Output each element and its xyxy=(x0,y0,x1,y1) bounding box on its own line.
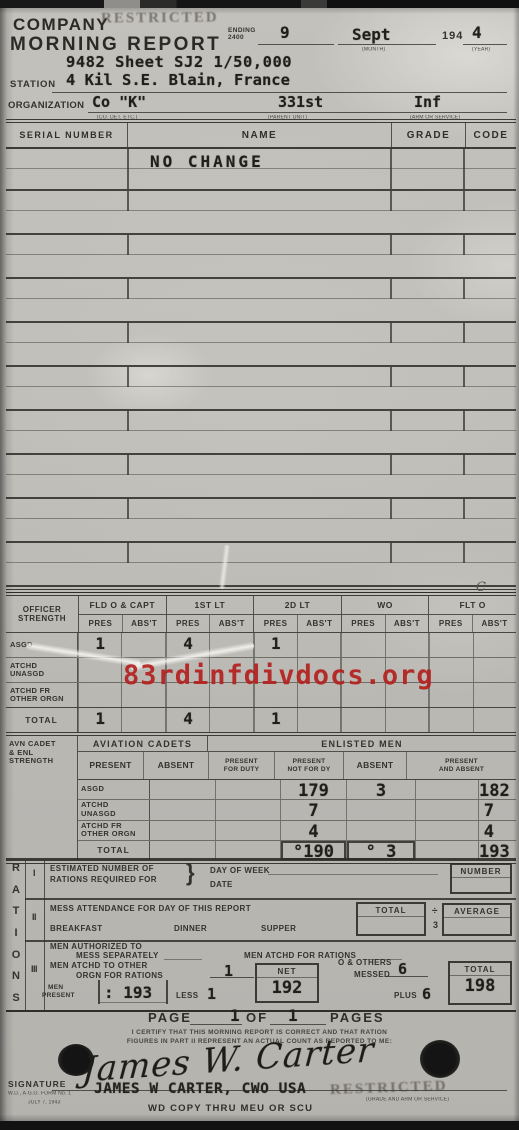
enlisted-column-header: PRESENT FOR DUTY xyxy=(209,752,275,779)
enlisted-value-cell xyxy=(150,800,216,819)
officer-value: 1 xyxy=(255,634,297,653)
organization-company-value: Co "K" xyxy=(92,93,146,111)
enlisted-value-cell: 3 xyxy=(347,780,416,799)
officer-sub-row: PRESABS'T xyxy=(429,615,516,632)
divide-sign: ÷ xyxy=(432,906,438,917)
column-header-grade: GRADE xyxy=(392,123,466,147)
page-underline xyxy=(190,1024,242,1025)
officer-sub-row: PRESABS'T xyxy=(254,615,341,632)
column-divider xyxy=(463,279,465,299)
others-messed-underline xyxy=(386,976,428,977)
cell-divider xyxy=(166,980,168,1004)
enlisted-value: 179 xyxy=(281,781,346,801)
officer-sub-label: PRES xyxy=(342,615,386,632)
enlisted-column-header: PRESENT xyxy=(78,752,144,779)
column-divider xyxy=(127,367,129,387)
enlisted-men-group-header: ENLISTED MEN xyxy=(208,736,516,751)
enlisted-stub-label: AVN CADET & ENL STRENGTH xyxy=(6,736,78,860)
organization-label: ORGANIZATION xyxy=(8,100,84,111)
officer-sub-label: PRES xyxy=(79,615,123,632)
officer-value: 4 xyxy=(167,709,209,728)
officer-value: 1 xyxy=(79,709,121,728)
enlisted-row-label: ATCHD UNASGD xyxy=(78,800,150,819)
officer-value-cell xyxy=(474,633,516,657)
signature-label: SIGNATURE xyxy=(8,1079,66,1089)
officer-value-cell xyxy=(122,633,165,657)
plus-label: PLUS xyxy=(394,991,417,1000)
rations-total-box-label: TOTAL xyxy=(450,963,510,976)
officer-column-group: FLD O & CAPTPRESABS'T xyxy=(79,596,167,632)
net-value: 192 xyxy=(257,978,317,998)
station-value: 4 Kil S.E. Blain, France xyxy=(66,71,290,89)
number-box-label: NUMBER xyxy=(452,865,510,878)
less-value: 1 xyxy=(207,985,216,1003)
rations-section: RATIONS I II III ESTIMATED NUMBER OF RAT… xyxy=(6,858,516,1012)
enlisted-value: 3 xyxy=(347,781,415,801)
day-underline xyxy=(258,44,334,45)
officer-header-row: OFFICER STRENGTH FLD O & CAPTPRESABS'T1S… xyxy=(6,596,516,632)
roster-blank-row xyxy=(6,279,516,323)
officer-value-cell xyxy=(298,708,341,732)
column-divider xyxy=(127,149,129,189)
supper-label: SUPPER xyxy=(261,924,296,933)
of-label: OF xyxy=(246,1010,268,1025)
ending-time: 2400 xyxy=(228,34,244,41)
net-box: NET 192 xyxy=(255,963,319,1003)
enlisted-row-label: ATCHD FR OTHER ORGN xyxy=(78,821,150,840)
column-divider xyxy=(463,191,465,211)
officer-value-cell xyxy=(298,633,341,657)
roster-blank-row xyxy=(6,191,516,235)
enlisted-value: 7 xyxy=(281,801,346,821)
officer-sub-row: PRESABS'T xyxy=(79,615,166,632)
column-divider xyxy=(390,455,392,475)
enlisted-value-cell xyxy=(347,800,416,819)
enlisted-value-cell: 179 xyxy=(281,780,347,799)
officer-value-cell xyxy=(429,633,473,657)
brace-glyph: } xyxy=(186,859,195,888)
organization-parent-unit-value: 331st xyxy=(278,93,323,111)
part-numeral-1: I xyxy=(25,868,43,878)
enlisted-value-cell xyxy=(216,800,281,819)
enlisted-row: ATCHD UNASGD77 xyxy=(78,799,516,819)
average-box-label: AVERAGE xyxy=(444,905,510,918)
enlisted-value-cell xyxy=(416,780,479,799)
typed-signature-name: JAMES W CARTER, CWO USA xyxy=(94,1081,306,1097)
rations-total-value: 198 xyxy=(450,976,510,996)
column-divider xyxy=(127,411,129,431)
enlisted-column-header: PRESENT AND ABSENT xyxy=(407,752,516,779)
men-authorized-label: MEN AUTHORIZED TO xyxy=(50,942,142,951)
officer-value: 1 xyxy=(255,709,297,728)
enlisted-sub-headers: PRESENTABSENTPRESENT FOR DUTYPRESENT NOT… xyxy=(78,752,516,780)
officer-group-label: WO xyxy=(342,596,429,615)
officer-value-cell xyxy=(429,658,473,682)
officer-value-cell: 4 xyxy=(166,708,210,732)
report-year-digit: 4 xyxy=(472,23,482,42)
roster-blank-rows xyxy=(6,191,516,587)
officer-group-label: 2D LT xyxy=(254,596,341,615)
enlisted-row-label: ASGD xyxy=(78,780,150,799)
certify-statement-line1: I CERTIFY THAT THIS MORNING REPORT IS CO… xyxy=(0,1029,519,1036)
others-messed-label-line1: O & OTHERS xyxy=(338,958,392,967)
officer-row-label: ATCHD FR OTHER ORGN xyxy=(6,683,78,707)
organization-underline xyxy=(88,112,507,113)
aviation-cadets-group-header: AVIATION CADETS xyxy=(78,736,208,751)
pages-label: PAGES xyxy=(330,1010,385,1025)
rations-letter: N xyxy=(12,970,20,982)
rations-letter: O xyxy=(12,949,21,961)
column-divider xyxy=(463,455,465,475)
atchd-other-label-line2: ORGN FOR RATIONS xyxy=(76,971,163,980)
officer-column-group: 1ST LTPRESABS'T xyxy=(167,596,255,632)
officer-strength-stub-label: OFFICER STRENGTH xyxy=(6,596,79,632)
enlisted-value: 182 xyxy=(479,781,516,801)
officer-sub-row: PRESABS'T xyxy=(342,615,429,632)
mess-total-box-label: TOTAL xyxy=(358,904,424,917)
year-underline xyxy=(463,44,507,45)
officer-sub-label: ABS'T xyxy=(298,615,341,632)
officer-sub-label: PRES xyxy=(429,615,473,632)
part-divider xyxy=(25,898,516,900)
company-label: COMPANY xyxy=(13,15,109,35)
part-numeral-3: III xyxy=(25,964,43,974)
enlisted-value-cell: 182 xyxy=(479,780,516,799)
officer-sub-label: ABS'T xyxy=(473,615,516,632)
officer-row-label: TOTAL xyxy=(6,708,78,732)
photo-edge-bottom xyxy=(0,1121,519,1130)
officer-value-cell: 1 xyxy=(254,633,298,657)
net-box-label: NET xyxy=(257,965,317,978)
enlisted-row: ASGD1793182 xyxy=(78,780,516,799)
roster-blank-row xyxy=(6,367,516,411)
enlisted-value-cell xyxy=(347,821,416,840)
roster-entry-row: NO CHANGE xyxy=(6,149,516,191)
officer-column-groups: FLD O & CAPTPRESABS'T1ST LTPRESABS'T2D L… xyxy=(79,596,516,632)
average-box: AVERAGE xyxy=(442,903,512,936)
part-numeral-2: II xyxy=(25,912,43,922)
column-divider xyxy=(127,543,129,563)
officer-row-label: ATCHD UNASGD xyxy=(6,658,78,682)
officer-value-cell xyxy=(474,658,516,682)
men-present-label-line2: PRESENT xyxy=(42,992,75,999)
officer-column-group: WOPRESABS'T xyxy=(342,596,430,632)
column-divider xyxy=(463,323,465,343)
form-number-line2: JULY 7, 1943 xyxy=(28,1100,60,1105)
officer-value-cell xyxy=(78,683,122,707)
officer-value-cell xyxy=(210,708,253,732)
column-divider xyxy=(127,235,129,255)
enlisted-column-header: ABSENT xyxy=(144,752,209,779)
officer-value-cell xyxy=(429,708,473,732)
report-month-value: Sept xyxy=(352,25,391,44)
column-divider xyxy=(463,149,465,189)
column-divider xyxy=(390,543,392,563)
enlisted-table-body: ASGD1793182ATCHD UNASGD77ATCHD FR OTHER … xyxy=(78,780,516,860)
enlisted-value-cell xyxy=(416,821,479,840)
column-divider xyxy=(390,149,392,189)
less-label: LESS xyxy=(176,991,199,1000)
men-present-underline xyxy=(98,1002,166,1003)
officer-sub-row: PRESABS'T xyxy=(167,615,254,632)
pages-underline xyxy=(270,1024,326,1025)
copy-routing-note: WD COPY THRU MEU OR SCU xyxy=(148,1103,313,1114)
column-divider xyxy=(463,543,465,563)
photo-edge-top xyxy=(0,0,519,8)
enlisted-value-cell xyxy=(416,800,479,819)
roster-header-row: SERIAL NUMBER NAME GRADE CODE xyxy=(6,123,516,149)
officer-value-cell xyxy=(474,708,516,732)
rations-letter: R xyxy=(12,862,20,874)
officer-value-cell: 1 xyxy=(78,708,122,732)
officer-value-cell xyxy=(474,683,516,707)
rations-letter: I xyxy=(14,927,17,939)
officer-value-cell xyxy=(386,708,429,732)
no-change-entry: NO CHANGE xyxy=(150,152,264,171)
year-sublabel: (YEAR) xyxy=(472,47,490,52)
month-sublabel: (MONTH) xyxy=(362,47,385,52)
date-label: DATE xyxy=(210,880,233,889)
column-divider xyxy=(390,279,392,299)
day-of-week-label: DAY OF WEEK xyxy=(210,866,270,875)
page-label: PAGE xyxy=(148,1010,192,1025)
rations-part-numeral-column xyxy=(25,860,45,1010)
officer-value-cell xyxy=(386,633,429,657)
roster-blank-row xyxy=(6,323,516,367)
column-divider xyxy=(463,235,465,255)
rations-total-box: TOTAL 198 xyxy=(448,961,512,1005)
column-header-code: CODE xyxy=(466,123,516,147)
officer-value-cell xyxy=(341,708,385,732)
column-divider xyxy=(390,323,392,343)
mess-separately-label: MESS SEPARATELY xyxy=(76,951,159,960)
enlisted-value: 7 xyxy=(479,801,516,821)
column-divider xyxy=(127,279,129,299)
column-divider xyxy=(390,499,392,519)
men-present-value: : 193 xyxy=(104,983,152,1002)
rations-letter: A xyxy=(12,884,20,896)
enlisted-row: TOTAL°190° 3193 xyxy=(78,840,516,860)
enlisted-value-cell: 4 xyxy=(281,821,347,840)
enlisted-column-header: PRESENT NOT FOR DY xyxy=(275,752,344,779)
officer-group-label: FLD O & CAPT xyxy=(79,596,166,615)
column-divider xyxy=(127,499,129,519)
officer-group-label: 1ST LT xyxy=(167,596,254,615)
roster-blank-row xyxy=(6,235,516,279)
enlisted-value-cell xyxy=(150,821,216,840)
officer-group-label: FLT O xyxy=(429,596,516,615)
rations-letter: S xyxy=(12,992,19,1004)
officer-value-cell xyxy=(122,708,165,732)
officer-column-group: FLT OPRESABS'T xyxy=(429,596,516,632)
grade-arm-service-sublabel: (GRADE AND ARM OR SERVICE) xyxy=(366,1097,449,1102)
enlisted-value-cell: 7 xyxy=(281,800,347,819)
roster-blank-row xyxy=(6,455,516,499)
roster-blank-row xyxy=(6,499,516,543)
report-day-value: 9 xyxy=(280,23,290,42)
rations-letter: T xyxy=(13,905,20,917)
column-divider xyxy=(390,235,392,255)
ink-blot-right xyxy=(420,1040,460,1078)
organization-arm-value: Inf xyxy=(414,93,441,111)
officer-sub-label: PRES xyxy=(254,615,298,632)
enlisted-value-cell: 4 xyxy=(479,821,516,840)
atchd-other-label-line1: MEN ATCHD TO OTHER xyxy=(50,961,148,970)
others-messed-label-line2: MESSED xyxy=(354,970,390,979)
enlisted-value: 4 xyxy=(281,822,346,842)
column-divider xyxy=(390,367,392,387)
enlisted-value-cell xyxy=(216,780,281,799)
officer-value-cell xyxy=(429,683,473,707)
officer-column-group: 2D LTPRESABS'T xyxy=(254,596,342,632)
officer-value-cell xyxy=(341,633,385,657)
column-divider xyxy=(127,191,129,211)
restricted-stamp-bottom: RESTRICTED xyxy=(330,1078,448,1099)
breakfast-label: BREAKFAST xyxy=(50,924,103,933)
page-number: 1 xyxy=(230,1006,240,1025)
morning-report-photo: COMPANY RESTRICTED MORNING REPORT ENDING… xyxy=(0,0,519,1130)
website-watermark: 83rdinfdivdocs.org xyxy=(123,660,403,691)
column-divider xyxy=(463,499,465,519)
men-present-label-line1: MEN xyxy=(48,984,63,991)
estimated-rations-label-line2: RATIONS REQUIRED FOR xyxy=(50,875,157,884)
officer-row: TOTAL141 xyxy=(6,707,516,732)
year-prefix: 194 xyxy=(442,30,463,42)
dinner-label: DINNER xyxy=(174,924,207,933)
column-header-name: NAME xyxy=(128,123,392,147)
roster-blank-row xyxy=(6,543,516,587)
enlisted-value-cell xyxy=(150,780,216,799)
column-header-serial-number: SERIAL NUMBER xyxy=(6,123,128,147)
mess-attendance-title: MESS ATTENDANCE FOR DAY OF THIS REPORT xyxy=(50,904,251,913)
column-divider xyxy=(127,323,129,343)
roster-blank-row xyxy=(6,411,516,455)
enlisted-column-header: ABSENT xyxy=(344,752,407,779)
enlisted-row: ATCHD FR OTHER ORGN44 xyxy=(78,820,516,840)
officer-sub-label: ABS'T xyxy=(386,615,429,632)
column-divider xyxy=(127,455,129,475)
divisor: 3 xyxy=(433,920,438,930)
rations-vertical-label: RATIONS xyxy=(9,862,23,1004)
mess-total-box: TOTAL xyxy=(356,902,426,936)
enlisted-value-cell: 7 xyxy=(479,800,516,819)
enlisted-value: 4 xyxy=(479,822,516,842)
cell-divider xyxy=(98,980,100,1004)
day-of-week-blank xyxy=(268,874,438,875)
map-reference-value: 9482 Sheet SJ2 1/50,000 xyxy=(66,53,292,71)
form-number-line1: W.D., A.G.O. FORM No. 1 xyxy=(8,1091,71,1096)
enlisted-group-headers: AVIATION CADETS ENLISTED MEN xyxy=(78,736,516,752)
officer-value-cell: 1 xyxy=(254,708,298,732)
enlisted-table-main: AVIATION CADETS ENLISTED MEN PRESENTABSE… xyxy=(78,736,516,860)
enlisted-strength-table: AVN CADET & ENL STRENGTH AVIATION CADETS… xyxy=(6,732,516,864)
column-divider xyxy=(390,191,392,211)
enlisted-value-cell xyxy=(216,821,281,840)
roster-table: SERIAL NUMBER NAME GRADE CODE NO CHANGE xyxy=(6,119,516,593)
ending-label: ENDING 2400 xyxy=(228,27,256,41)
pages-total: 1 xyxy=(288,1006,298,1025)
month-underline xyxy=(338,44,436,45)
officer-sub-label: ABS'T xyxy=(123,615,166,632)
restricted-stamp-top: RESTRICTED xyxy=(101,9,219,27)
station-label: STATION xyxy=(10,79,56,90)
plus-value: 6 xyxy=(422,985,431,1003)
column-divider xyxy=(463,411,465,431)
atchd-other-underline xyxy=(210,977,254,978)
mess-separately-blank xyxy=(164,959,202,960)
column-divider xyxy=(463,367,465,387)
estimated-rations-label-line1: ESTIMATED NUMBER OF xyxy=(50,864,154,873)
ending-word: ENDING xyxy=(228,27,256,34)
officer-sub-label: PRES xyxy=(167,615,211,632)
officer-sub-label: ABS'T xyxy=(210,615,253,632)
column-divider xyxy=(390,411,392,431)
number-box: NUMBER xyxy=(450,863,512,894)
